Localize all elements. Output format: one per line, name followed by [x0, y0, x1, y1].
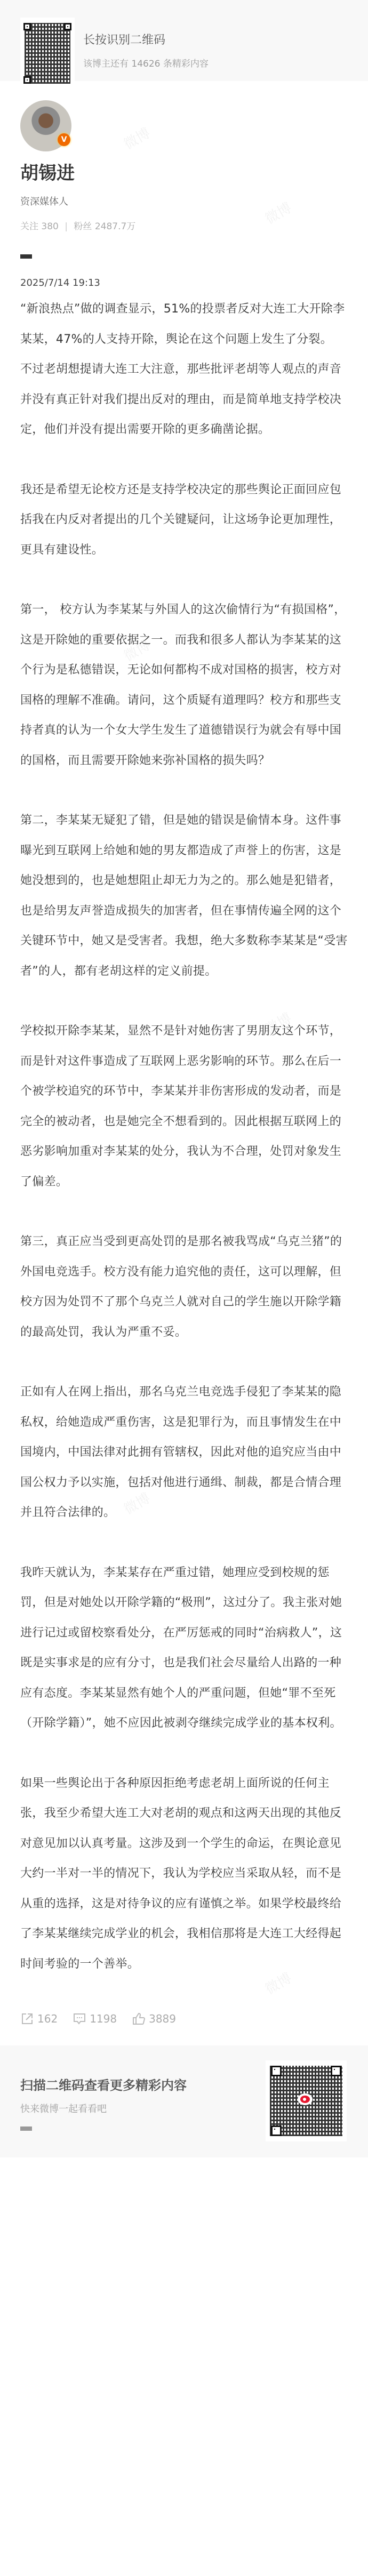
- user-stats: 关注 380 | 粉丝 2487.7万: [20, 219, 135, 232]
- post-paragraph: 学校拟开除李某某，显然不是针对她伤害了男朋友这个环节，而是针对这件事造成了互联网…: [20, 1016, 349, 1197]
- qr-banner-title: 长按识别二维码: [83, 31, 165, 47]
- thumbs-up-icon: [132, 2012, 146, 2026]
- user-bio: 资深媒体人: [20, 194, 68, 208]
- followers-label: 粉丝: [74, 221, 92, 232]
- profile-header: V 胡锡进 资深媒体人 关注 380 | 粉丝 2487.7万 2025/7/1…: [0, 81, 368, 294]
- stats-divider: |: [65, 221, 68, 232]
- like-count: 3889: [149, 2012, 176, 2025]
- post-action-bar: 162 1198 3889: [0, 1979, 368, 2045]
- paragraph-gap: [20, 986, 349, 1016]
- qr-finder-icon: [64, 23, 71, 30]
- paragraph-gap: [20, 1528, 349, 1558]
- bottom-divider-bar: [20, 2126, 32, 2131]
- bottom-banner-title: 扫描二维码查看更多精彩内容: [20, 2075, 187, 2093]
- weibo-qr-code[interactable]: [266, 2060, 347, 2141]
- paragraph-gap: [20, 1739, 349, 1769]
- qr-code-image[interactable]: [20, 18, 75, 89]
- qr-banner-subtitle: 该博主还有 14626 条精彩内容: [83, 56, 209, 69]
- post-timestamp: 2025/7/14 19:13: [20, 277, 100, 288]
- qr-finder-icon: [271, 2125, 282, 2136]
- repost-button[interactable]: 162: [20, 2012, 58, 2026]
- weibo-logo-icon: [298, 2093, 313, 2105]
- following-count: 380: [41, 221, 58, 232]
- followers-count: 2487.7万: [95, 221, 135, 232]
- post-body: “新浪热点”做的调查显示，51%的投票者反对大连工大开除李某某，47%的人支持开…: [0, 294, 368, 1979]
- comment-icon: [73, 2012, 86, 2026]
- user-name[interactable]: 胡锡进: [20, 158, 75, 184]
- qr-finder-icon: [23, 23, 31, 30]
- section-divider-bar: [20, 254, 32, 259]
- repost-icon: [20, 2012, 34, 2026]
- like-button[interactable]: 3889: [132, 2012, 176, 2026]
- post-paragraph: 第二，李某某无疑犯了错，但是她的错误是偷情本身。这件事曝光到互联网上给她和她的男…: [20, 806, 349, 986]
- paragraph-gap: [20, 1347, 349, 1377]
- post-paragraph: 我昨天就认为，李某某存在严重过错，她理应受到校规的惩罚，但是对她处以开除学籍的“…: [20, 1558, 349, 1739]
- following-label: 关注: [20, 221, 38, 232]
- comment-count: 1198: [90, 2012, 117, 2025]
- bottom-banner-subtitle: 快来微博一起看看吧: [20, 2101, 107, 2115]
- bottom-qr-banner: 扫描二维码查看更多精彩内容 快来微博一起看看吧: [0, 2045, 368, 2157]
- post-paragraph: 我还是希望无论校方还是支持学校决定的那些舆论正面回应包括我在内反对者提出的几个关…: [20, 475, 349, 566]
- verified-badge-icon: V: [58, 133, 70, 146]
- top-qr-banner: 长按识别二维码 该博主还有 14626 条精彩内容: [0, 0, 368, 81]
- post-paragraph: 正如有人在网上指出，那名乌克兰电竞选手侵犯了李某某的隐私权，给她造成严重伤害，这…: [20, 1377, 349, 1528]
- paragraph-gap: [20, 776, 349, 806]
- paragraph-gap: [20, 445, 349, 475]
- post-paragraph: 第三，真正应当受到更高处罚的是那名被我骂成“乌克兰猪”的外国电竞选手。校方没有能…: [20, 1227, 349, 1347]
- post-paragraph: 不过老胡想提请大连工大注意，那些批评老胡等人观点的声音并没有真正针对我们提出反对…: [20, 355, 349, 445]
- post-paragraph: 如果一些舆论出于各种原因拒绝考虑老胡上面所说的任何主张，我至少希望大连工大对老胡…: [20, 1769, 349, 1980]
- paragraph-gap: [20, 565, 349, 595]
- qr-finder-icon: [271, 2066, 282, 2076]
- repost-count: 162: [37, 2012, 58, 2025]
- comment-button[interactable]: 1198: [73, 2012, 117, 2026]
- paragraph-gap: [20, 1197, 349, 1227]
- post-paragraph: “新浪热点”做的调查显示，51%的投票者反对大连工大开除李某某，47%的人支持开…: [20, 294, 349, 355]
- qr-finder-icon: [331, 2066, 341, 2076]
- qr-pattern: [25, 23, 70, 84]
- post-paragraph: 第一， 校方认为李某某与外国人的这次偷情行为“有损国格”，这是开除她的重要依据之…: [20, 595, 349, 776]
